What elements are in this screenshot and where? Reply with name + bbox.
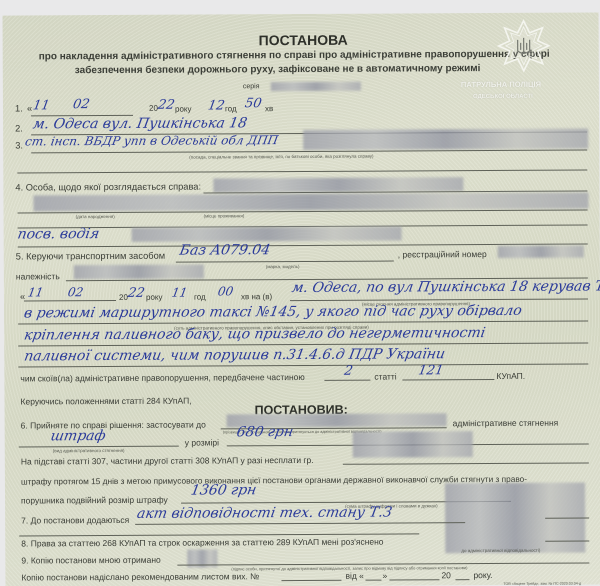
document-number-redacted <box>132 226 402 241</box>
field-2-num: 2. <box>15 123 23 133</box>
field-8-line <box>545 540 589 541</box>
mail-from: від « <box>345 571 364 581</box>
subtitle-line-1: про накладення адміністративного стягнен… <box>39 49 550 63</box>
mail-day-line <box>365 580 381 581</box>
field-6-amount: 680 грн <box>235 424 294 440</box>
field-3-num: 3. <box>15 140 23 150</box>
field-1-year-label: року <box>175 105 192 114</box>
mail-quote-close: » <box>382 571 387 581</box>
field-4-label: 4. Особа, щодо якої розглядається справа… <box>15 182 201 193</box>
field-1-day: 11 <box>32 98 51 113</box>
field-5-vehicle-caption: (марка, модель) <box>266 264 300 269</box>
field-3-line <box>31 150 587 154</box>
print-note: ТОВ «Акцент Трейд», зам. № ПС-2020.03.04… <box>503 582 581 586</box>
field-7-value: акт відповідності тех. стану Т.З <box>136 505 393 522</box>
field-2-place: м. Одеса вул. Пушкінська 18 <box>32 115 249 132</box>
field-7-line <box>135 522 465 525</box>
event-line-2-rule <box>18 321 588 325</box>
document-sheet: ПОСТАНОВА про накладення адміністративно… <box>3 12 600 586</box>
field-5-reg-label: , реєстраційний номер <box>398 249 487 259</box>
person-details-redacted <box>33 192 588 211</box>
field-1-month: 02 <box>72 97 91 112</box>
event-minute: 00 <box>217 284 235 298</box>
field-3-officer: ст. інсп. ВБДР упп в Одеській обл ДПП <box>24 133 279 148</box>
field-7-line-3 <box>545 517 589 518</box>
field-6-penalty: штраф <box>49 428 107 444</box>
event-line-4: паливної системи, чим порушив п.31.4.6.д… <box>23 346 446 364</box>
field-5-belongs-label: належність <box>16 271 60 281</box>
event-line-3: кріплення паливного баку, що призвело до… <box>23 325 487 343</box>
committed-text: чим скоїв(ла) адміністративне правопоруш… <box>20 372 304 383</box>
event-hour: 11 <box>171 286 189 300</box>
committed-article-label: статті <box>374 372 396 382</box>
field-6-tail: адміністративне стягнення <box>453 418 559 429</box>
field-6-amount-label: у розмірі <box>185 437 219 447</box>
org-name: ПАТРУЛЬНА ПОЛІЦІЯ <box>461 80 541 89</box>
field-4-caption-dob: (дата народження) <box>76 214 115 219</box>
art307-line-1: На підставі статті 307, частини другої с… <box>21 455 314 467</box>
committed-part-line <box>324 380 370 381</box>
event-line-3-rule <box>18 343 588 347</box>
field-5-vehicle: Баз А079.04 <box>178 242 271 258</box>
police-star-trident-icon <box>497 19 551 73</box>
mail-year-line <box>455 579 469 580</box>
amount-words-redacted <box>353 431 473 458</box>
reg-number-redacted <box>498 246 584 258</box>
event-hour-label: год <box>194 293 206 302</box>
mail-number-line <box>281 580 341 581</box>
event-line-2: в режимі маршрутного таксі №145, у якого… <box>23 303 523 322</box>
series-number-redacted <box>271 82 361 91</box>
art307-double-amount: 1360 грн <box>190 482 258 498</box>
event-line-4-rule <box>18 364 588 368</box>
event-year-label: року <box>146 293 163 302</box>
field-1-hour-label: год <box>225 104 237 113</box>
field-8-label: 8. Права за статтею 268 КУпАП та строк о… <box>21 537 383 549</box>
art307-line-1-rule <box>343 463 589 465</box>
field-7-label: 7. До постанови додаються <box>21 515 129 526</box>
event-line-1: м. Одеса, по вул Пушкінська 18 керував Т… <box>291 278 600 296</box>
art307-line-3: порушника подвійний розмір штрафу <box>21 495 168 506</box>
field-8-caption: до адміністративної відповідальності) <box>461 548 540 553</box>
committed-article-line <box>402 379 494 380</box>
field-5-label: 5. Керуючи транспортним засобом <box>16 251 165 262</box>
field-1-minute: 50 <box>244 96 263 111</box>
field-1-minute-label: хв <box>265 104 273 113</box>
field-6-label: 6. Прийняте по справі рішення: застосува… <box>21 420 206 431</box>
field-6-penalty-caption: (вид адміністративного стягнення) <box>53 448 125 453</box>
org-region: ОДЕСЬКОЇ ОБЛАСТІ <box>473 94 533 100</box>
field-1-hour: 12 <box>207 98 226 113</box>
page-title: ПОСТАНОВА <box>259 32 348 48</box>
mail-year-label: року. <box>473 570 492 580</box>
field-4-document: посв. водія <box>16 226 100 242</box>
mail-text: Копію постанови надіслано рекомендованим… <box>21 571 259 582</box>
mail-month-line <box>389 579 439 580</box>
committed-code: КУпАП. <box>496 371 525 381</box>
field-9-label: 9. Копію постанови мною отримано <box>21 555 160 566</box>
series-label: серія <box>243 83 260 90</box>
owner-redacted <box>74 265 204 280</box>
committed-part: 2 <box>343 364 354 379</box>
field-4-caption-place: (місце проживання) <box>204 213 245 218</box>
event-day: 11 <box>27 285 45 299</box>
field-5-vehicle-line <box>176 261 394 263</box>
event-year: 22 <box>127 286 146 301</box>
event-month: 02 <box>67 285 85 299</box>
person-name-redacted <box>213 177 463 192</box>
field-1-num: 1. <box>15 103 23 113</box>
guided-by-text: Керуючись положеннями статті 284 КУпАП, <box>21 396 192 407</box>
event-date-line <box>24 300 116 301</box>
mail-year-prefix: 20 <box>441 570 451 580</box>
subtitle-line-2: забезпечення безпеки дорожнього руху, за… <box>75 63 481 76</box>
field-3-caption: (посада, спеціальне звання та прізвище, … <box>189 154 373 160</box>
committed-article: 121 <box>417 363 444 378</box>
field-1-year: 22 <box>157 98 176 113</box>
field-3-line-2 <box>17 170 587 174</box>
officer-name-redacted <box>303 128 588 149</box>
event-minute-label: хв на (в) <box>241 292 272 301</box>
